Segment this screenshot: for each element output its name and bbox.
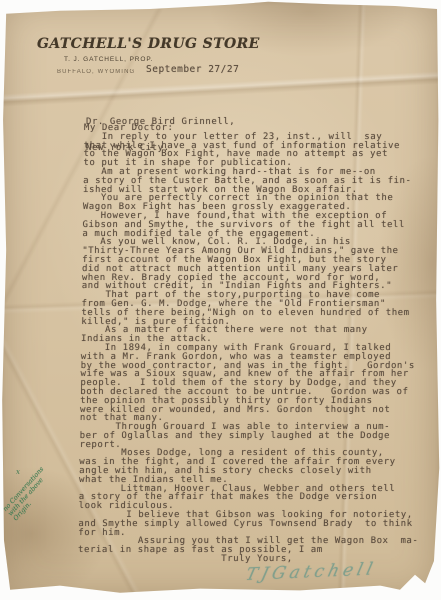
letterhead-store-name: GATCHELL'S DRUG STORE xyxy=(37,36,260,52)
letterhead-proprietor: T. J. GATCHELL, PROP. xyxy=(64,56,153,63)
letterhead-location: BUFFALO, WYOMING xyxy=(57,69,135,75)
margin-note-green-ink: no Conversations with the above Origin. xyxy=(2,444,75,522)
letter-date: September 27/27 xyxy=(146,64,239,75)
scanned-letter-scene: GATCHELL'S DRUG STORE T. J. GATCHELL, PR… xyxy=(0,0,441,600)
letter-line: ber of Oglallas and they simply laughed … xyxy=(80,432,420,441)
letter-line: and Smythe simply allowed Cyrus Townsend… xyxy=(78,520,418,529)
margin-note-line: with the above xyxy=(7,449,70,518)
letter-paper: GATCHELL'S DRUG STORE T. J. GATCHELL, PR… xyxy=(0,0,441,600)
letter-body: My Dear Doctor: In reply to your letter … xyxy=(78,124,424,564)
margin-note-mark: x xyxy=(16,468,20,476)
